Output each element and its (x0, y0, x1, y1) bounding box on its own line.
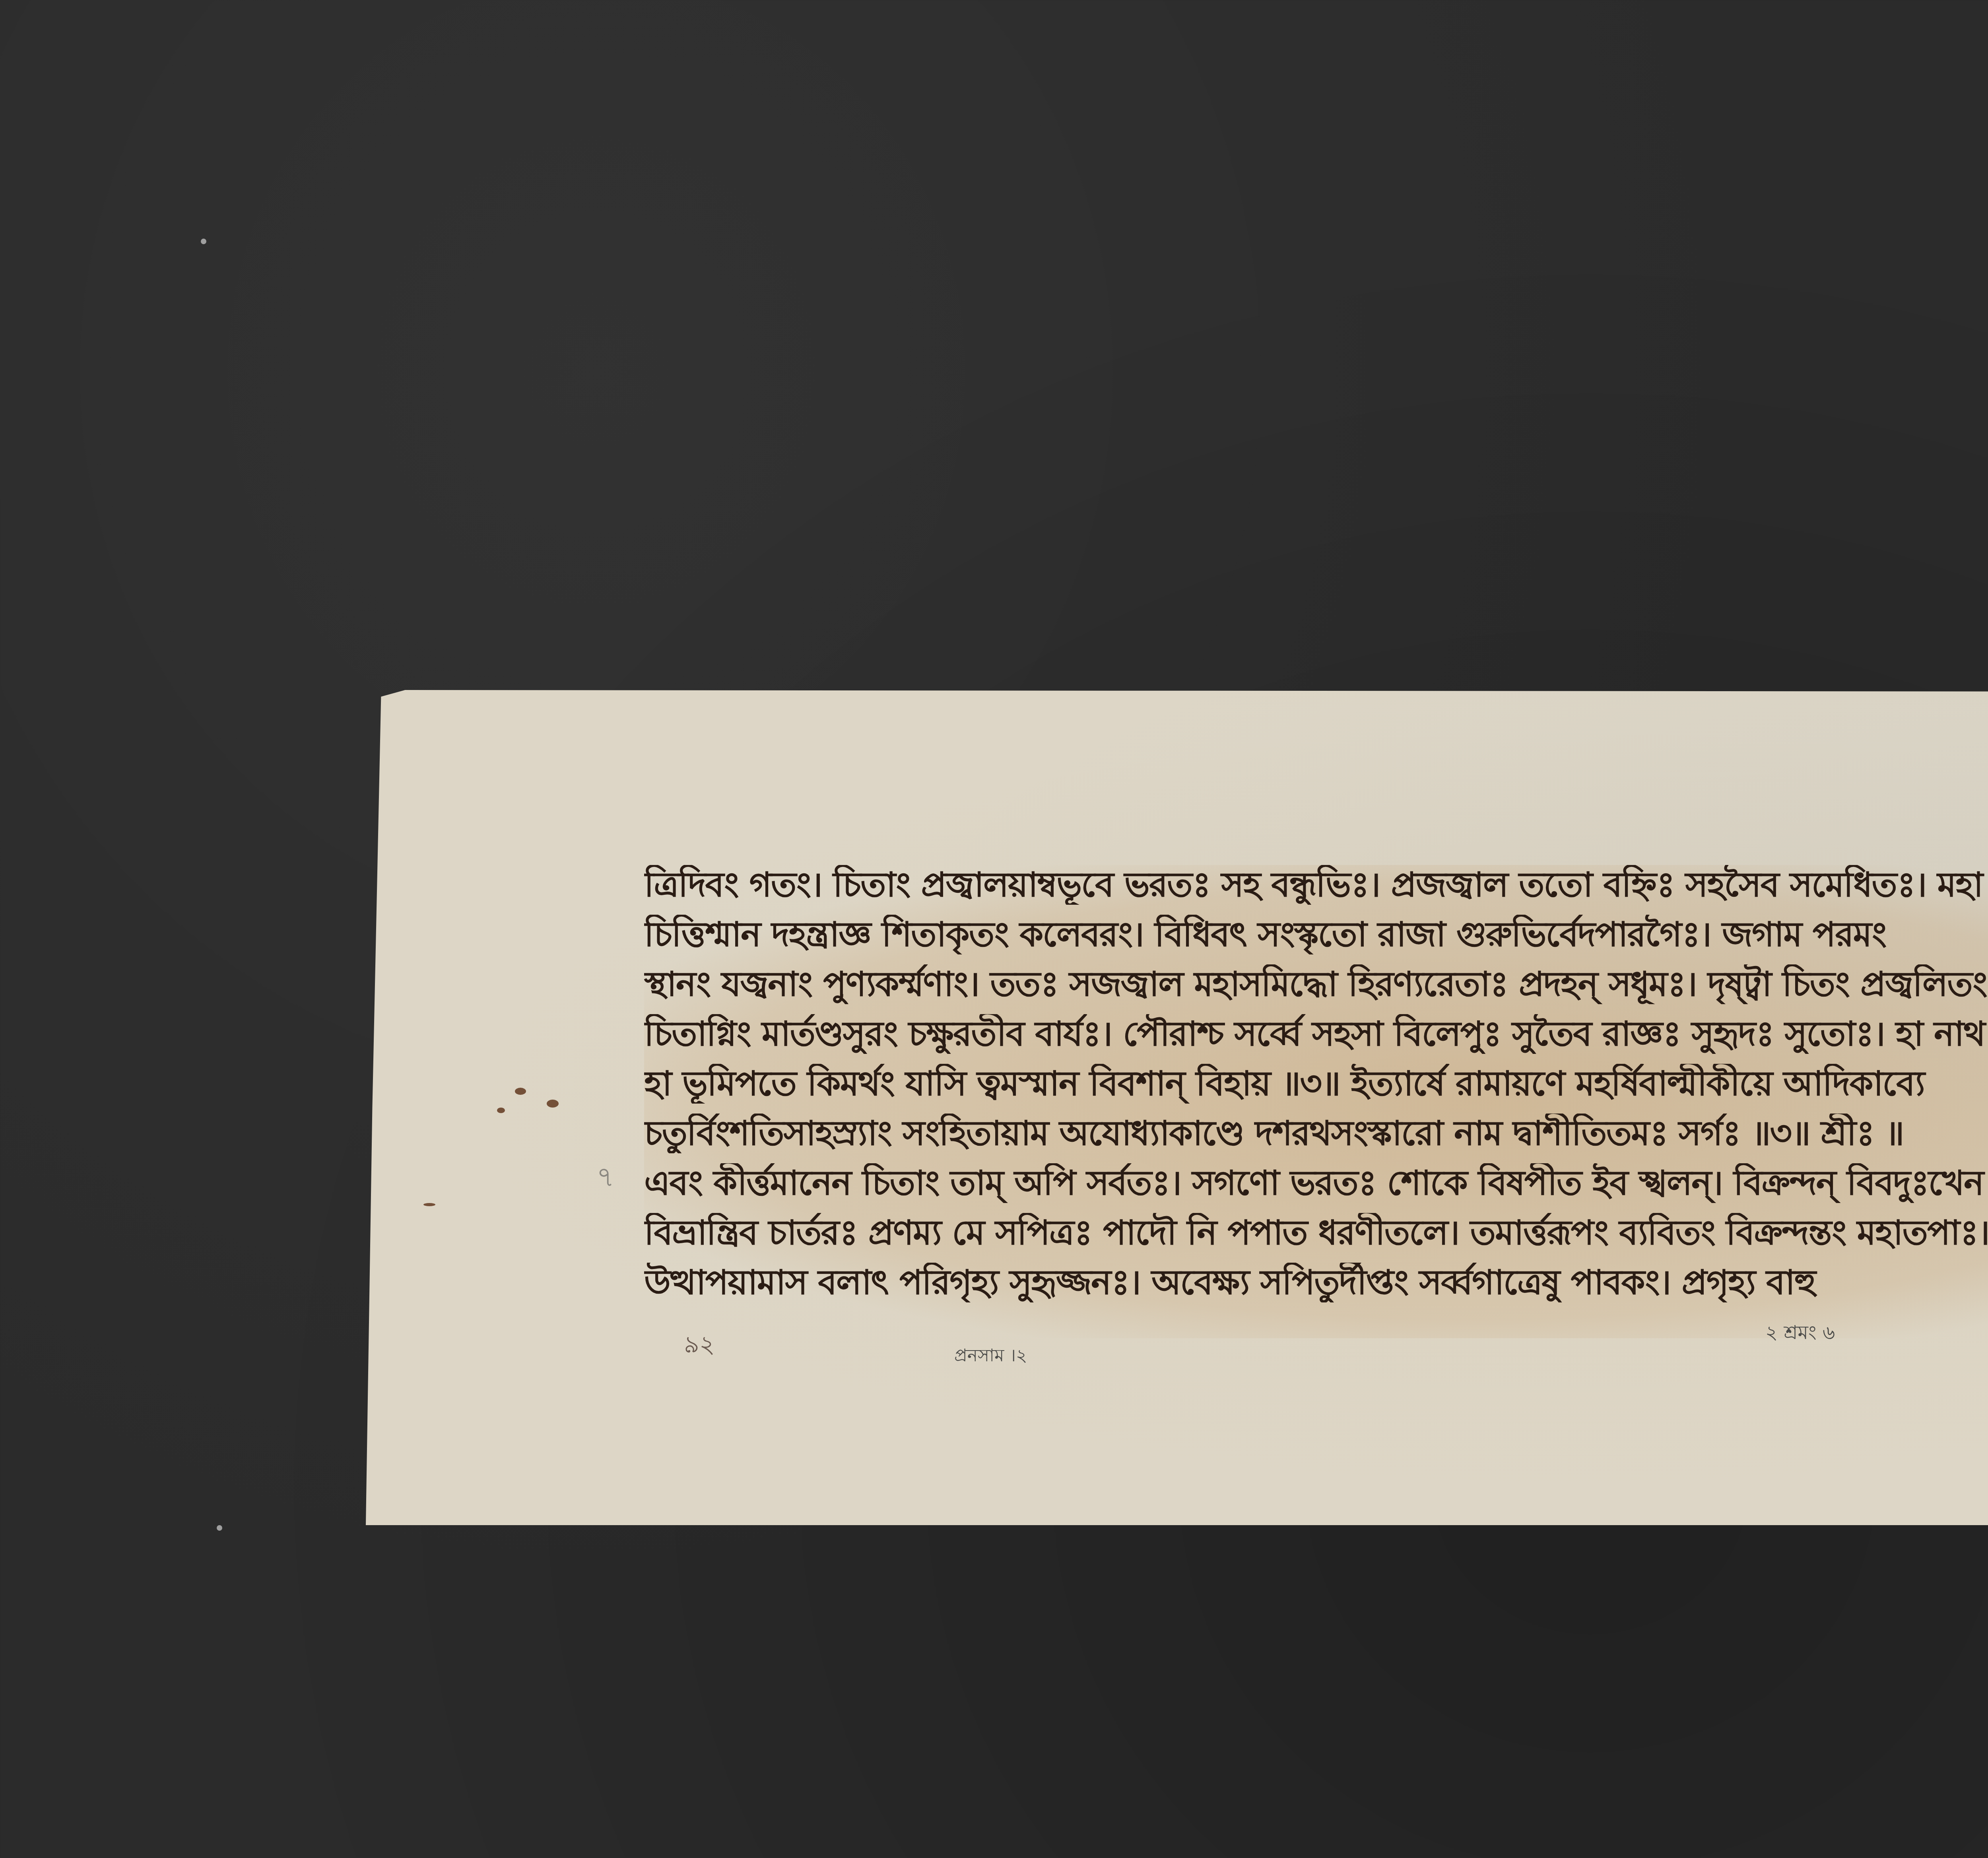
marginal-note-right: ২ শ্রমং ৬ (1765, 1318, 1835, 1350)
ink-stain (423, 1203, 435, 1206)
text-block: ত্রিদিবং গতং। চিতাং প্রজ্বালয়াম্বভূবে ভ… (644, 865, 1988, 1338)
marginal-note-center: প্রনসাম ।২ (954, 1342, 1027, 1371)
text-line: চিত্তিশ্মান দহন্ত্রাজ্ঞ শিতাকৃতং কলেবরং।… (644, 915, 1988, 954)
ink-stain (515, 1088, 526, 1095)
text-line: বিভ্রান্ত্রিব চার্তরঃ প্রণম্য মে সপিত্রঃ… (644, 1213, 1988, 1253)
dust-speck (201, 239, 206, 244)
text-line: চতুর্বিংশতিসাহস্র্যাং সংহিতায়াম অযোধ্যা… (644, 1114, 1988, 1153)
ink-stain (547, 1100, 559, 1108)
text-line: চিতাগ্নিং মার্তণ্ডসুরং চক্ষুরতীব বার্যঃ।… (644, 1014, 1988, 1054)
text-line: এবং কীর্ত্তমানেন চিতাং তাম্ অপি সর্বতঃ। … (644, 1163, 1988, 1203)
dust-speck (217, 1525, 222, 1531)
manuscript-leaf: ৭ ত্রিদিবং গতং। চিতাং প্রজ্বালয়াম্বভূবে… (366, 690, 1988, 1525)
text-line: হা ভূমিপতে কিমর্থং যাসি ত্বমস্মান বিবশান… (644, 1064, 1988, 1104)
text-line: উত্থাপয়ামাস বলাৎ পরিগৃহ্য সুহৃজ্জনঃ। অব… (644, 1263, 1988, 1302)
ink-stain (497, 1108, 505, 1113)
left-line-mark: ৭ (596, 1155, 615, 1202)
text-line: ত্রিদিবং গতং। চিতাং প্রজ্বালয়াম্বভূবে ভ… (644, 865, 1988, 905)
folio-number-left: ৯২ (684, 1326, 715, 1366)
text-line: স্থানং যজ্বনাং পুণ্যকর্ম্মণাং। ততঃ সজজ্ব… (644, 964, 1988, 1004)
